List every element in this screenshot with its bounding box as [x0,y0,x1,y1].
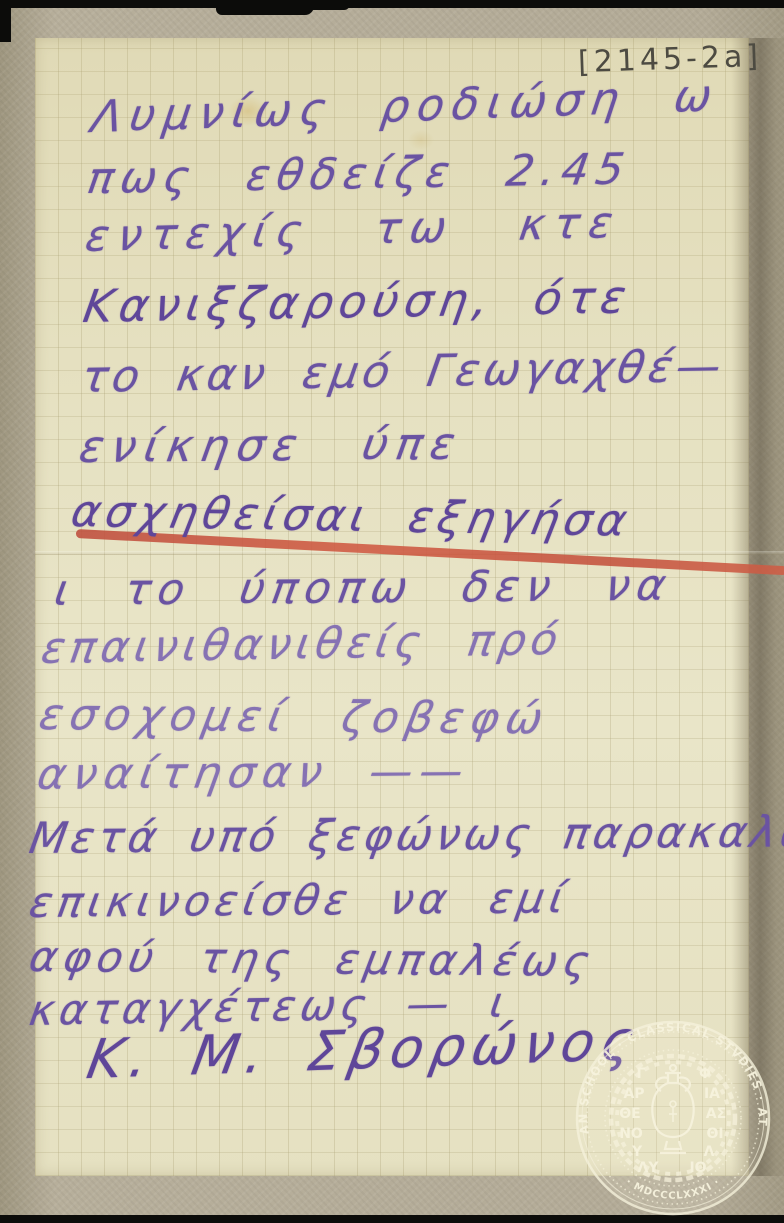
handwriting-line: εσοχομεί ζοβεφώ [35,690,553,744]
svg-text:ΛΥ: ΛΥ [638,1160,660,1176]
svg-text:ΙΑ: ΙΑ [704,1086,720,1102]
scanned-letter: [2145-2a] Λυμνίως ροδιώση ω πως εθδείζε … [0,0,784,1223]
svg-text:ΑΣ: ΑΣ [706,1106,726,1122]
svg-text:ΑΡ: ΑΡ [623,1086,644,1102]
handwriting-line: ενίκησε ύπε [76,419,467,473]
svg-text:Υ: Υ [631,1144,643,1160]
embossed-seal: AMERICAN SCHOOL · CLASSICAL STVDIES · AT… [573,1018,773,1218]
svg-text:Γ: Γ [637,1066,646,1082]
handwriting-line: πως εθδείζε 2.45 [84,144,634,204]
black-edge-blob [306,0,350,10]
handwriting-line: Μετά υπό ξεφώνως παρακαλώ [26,807,784,864]
svg-text:ΘΕ: ΘΕ [619,1106,640,1122]
black-edge-top [0,0,784,8]
svg-text:ΘΙ: ΘΙ [706,1126,723,1142]
page-edge-shadow [731,38,784,1176]
handwriting-line: επαινιθανιθείς πρό [38,615,566,674]
handwriting-line: ι το ύποπω δεν να [51,561,677,616]
svg-text:Φ: Φ [699,1066,711,1082]
handwriting-line: αναίτησαν —— [34,746,474,800]
handwriting-line: επικινοείσθε να εμί [26,873,573,927]
handwriting-line: Κανιξζαρούση, ότε [80,270,636,333]
svg-text:Λ: Λ [704,1144,715,1160]
handwriting-line: ασχηθείσαι εξηγήσα [67,486,636,547]
black-edge-corner [0,0,11,42]
svg-text:ΝΟ: ΝΟ [619,1126,643,1142]
stain-spot [408,130,434,150]
black-edge-blob [216,0,314,15]
svg-text:ΙΟ: ΙΟ [689,1160,706,1176]
